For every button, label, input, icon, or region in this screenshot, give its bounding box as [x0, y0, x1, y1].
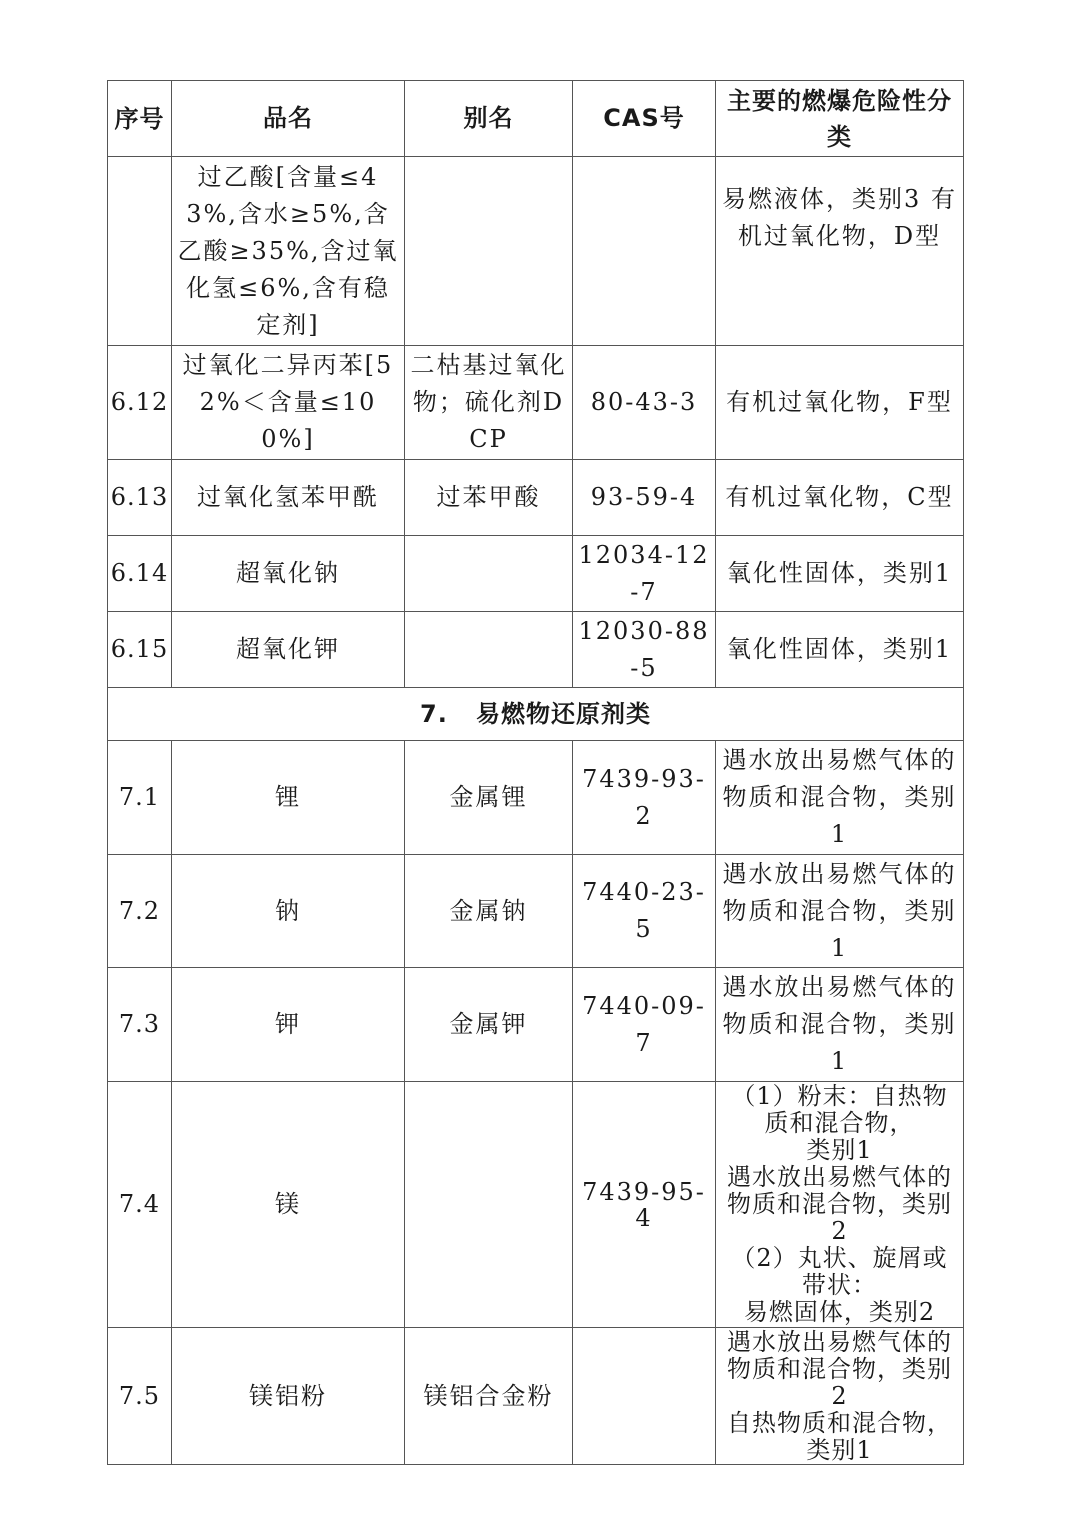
cell-seq: 7.5 — [108, 1328, 172, 1465]
header-row: 序号 品名 别名 CAS号 主要的燃爆危险性分类 — [108, 81, 964, 157]
cell-name: 钾 — [172, 968, 405, 1082]
cell-seq: 6.14 — [108, 536, 172, 612]
cell-hazard: 遇水放出易燃气体的物质和混合物，类别2 自热物质和混合物，类别1 — [716, 1328, 964, 1465]
cell-name: 过氧化氢苯甲酰 — [172, 460, 405, 536]
cell-name: 钠 — [172, 855, 405, 968]
cell-cas: 7439-93-2 — [573, 741, 716, 855]
header-cas: CAS号 — [573, 81, 716, 157]
cell-seq: 7.2 — [108, 855, 172, 968]
table-row: 6.13 过氧化氢苯甲酰 过苯甲酸 93-59-4 有机过氧化物，C型 — [108, 460, 964, 536]
cell-seq: 6.13 — [108, 460, 172, 536]
section-row: 7. 易燃物还原剂类 — [108, 688, 964, 741]
cell-seq: 6.15 — [108, 612, 172, 688]
cell-alias: 镁铝合金粉 — [405, 1328, 573, 1465]
cell-hazard: 遇水放出易燃气体的物质和混合物，类别1 — [716, 855, 964, 968]
cell-hazard: 氧化性固体，类别1 — [716, 536, 964, 612]
table-row: 6.15 超氧化钾 12030-88-5 氧化性固体，类别1 — [108, 612, 964, 688]
cell-alias: 二枯基过氧化物；硫化剂DCP — [405, 346, 573, 460]
cell-hazard: 遇水放出易燃气体的物质和混合物，类别1 — [716, 741, 964, 855]
cell-alias — [405, 612, 573, 688]
cell-alias: 金属钾 — [405, 968, 573, 1082]
cell-cas — [573, 157, 716, 346]
cell-cas — [573, 1328, 716, 1465]
cell-seq: 6.12 — [108, 346, 172, 460]
hazardous-chemicals-table: 序号 品名 别名 CAS号 主要的燃爆危险性分类 过乙酸[含量≤43%,含水≥5… — [107, 80, 964, 1465]
cell-alias: 金属钠 — [405, 855, 573, 968]
header-alias: 别名 — [405, 81, 573, 157]
table-row: 6.14 超氧化钠 12034-12-7 氧化性固体，类别1 — [108, 536, 964, 612]
cell-cas: 7440-09-7 — [573, 968, 716, 1082]
hazard-line: 遇水放出易燃气体的物质和混合物，类别2 — [720, 1164, 959, 1245]
cell-hazard: 有机过氧化物，F型 — [716, 346, 964, 460]
cell-name: 过乙酸[含量≤43%,含水≥5%,含乙酸≥35%,含过氧化氢≤6%,含有稳定剂] — [172, 157, 405, 346]
cell-alias: 过苯甲酸 — [405, 460, 573, 536]
hazard-line: （2）丸状、旋屑或带状： — [720, 1245, 959, 1299]
cell-name: 镁 — [172, 1082, 405, 1328]
cell-seq: 7.4 — [108, 1082, 172, 1328]
hazard-line: 易燃固体，类别2 — [720, 1299, 959, 1326]
hazard-line: （1）粉末：自热物质和混合物， — [720, 1083, 959, 1137]
cell-cas: 7440-23-5 — [573, 855, 716, 968]
table-row: 6.12 过氧化二异丙苯[52%＜含量≤100%] 二枯基过氧化物；硫化剂DCP… — [108, 346, 964, 460]
section-title: 易燃物还原剂类 — [476, 700, 651, 728]
cell-alias — [405, 1082, 573, 1328]
table-row: 7.3 钾 金属钾 7440-09-7 遇水放出易燃气体的物质和混合物，类别1 — [108, 968, 964, 1082]
cell-seq — [108, 157, 172, 346]
section-number: 7. — [420, 700, 448, 728]
header-hazard: 主要的燃爆危险性分类 — [716, 81, 964, 157]
cell-cas: 12034-12-7 — [573, 536, 716, 612]
cell-name: 过氧化二异丙苯[52%＜含量≤100%] — [172, 346, 405, 460]
cell-hazard: 遇水放出易燃气体的物质和混合物，类别1 — [716, 968, 964, 1082]
header-name: 品名 — [172, 81, 405, 157]
cell-name: 锂 — [172, 741, 405, 855]
table-row: 7.1 锂 金属锂 7439-93-2 遇水放出易燃气体的物质和混合物，类别1 — [108, 741, 964, 855]
cell-alias — [405, 536, 573, 612]
cell-seq: 7.1 — [108, 741, 172, 855]
cell-alias — [405, 157, 573, 346]
hazard-line: 自热物质和混合物，类别1 — [720, 1410, 959, 1464]
cell-hazard: 氧化性固体，类别1 — [716, 612, 964, 688]
cell-name: 镁铝粉 — [172, 1328, 405, 1465]
header-seq: 序号 — [108, 81, 172, 157]
table-row: 7.2 钠 金属钠 7440-23-5 遇水放出易燃气体的物质和混合物，类别1 — [108, 855, 964, 968]
cell-seq: 7.3 — [108, 968, 172, 1082]
cell-name: 超氧化钾 — [172, 612, 405, 688]
cell-cas: 80-43-3 — [573, 346, 716, 460]
hazard-line: 遇水放出易燃气体的物质和混合物，类别2 — [720, 1329, 959, 1410]
cell-cas: 12030-88-5 — [573, 612, 716, 688]
table-row: 7.4 镁 7439-95-4 （1）粉末：自热物质和混合物， 类别1 遇水放出… — [108, 1082, 964, 1328]
cell-name: 超氧化钠 — [172, 536, 405, 612]
hazard-line: 类别1 — [720, 1137, 959, 1164]
cell-cas: 93-59-4 — [573, 460, 716, 536]
cell-hazard: （1）粉末：自热物质和混合物， 类别1 遇水放出易燃气体的物质和混合物，类别2 … — [716, 1082, 964, 1328]
table-row: 7.5 镁铝粉 镁铝合金粉 遇水放出易燃气体的物质和混合物，类别2 自热物质和混… — [108, 1328, 964, 1465]
cell-alias: 金属锂 — [405, 741, 573, 855]
cell-cas: 7439-95-4 — [573, 1082, 716, 1328]
table-row: 过乙酸[含量≤43%,含水≥5%,含乙酸≥35%,含过氧化氢≤6%,含有稳定剂]… — [108, 157, 964, 346]
cell-hazard: 有机过氧化物，C型 — [716, 460, 964, 536]
cell-hazard: 易燃液体，类别3 有机过氧化物，D型 — [716, 157, 964, 346]
section-heading: 7. 易燃物还原剂类 — [108, 688, 964, 741]
